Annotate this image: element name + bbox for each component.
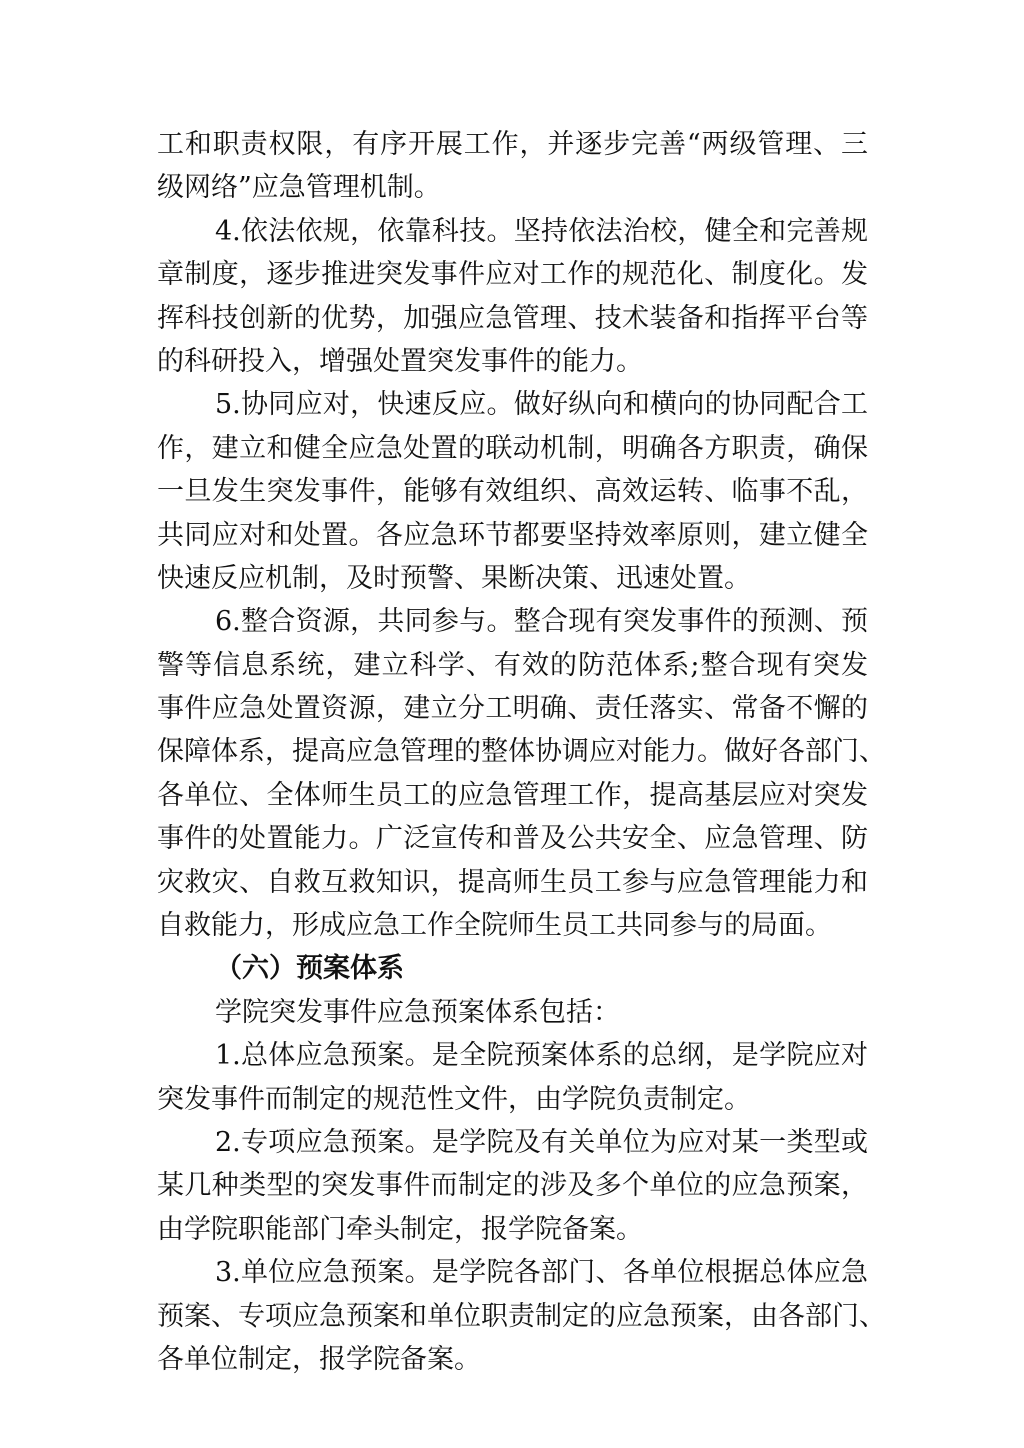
plan-item-unit: 3.单位应急预案。是学院各部门、各单位根据总体应急 预案、专项应急预案和单位职责… — [157, 1251, 868, 1381]
text-line: 事件应急处置资源，建立分工明确、责任落实、常备不懈的 — [157, 687, 868, 730]
text-line: 预案、专项应急预案和单位职责制定的应急预案，由各部门、 — [157, 1295, 868, 1338]
text-line: 各单位、全体师生员工的应急管理工作，提高基层应对突发 — [157, 774, 868, 817]
text-line: 4.依法依规，依靠科技。坚持依法治校，健全和完善规 — [157, 210, 868, 253]
text-line: 1.总体应急预案。是全院预案体系的总纲，是学院应对 — [157, 1034, 868, 1077]
text-line: 一旦发生突发事件，能够有效组织、高效运转、临事不乱， — [157, 470, 868, 513]
section-heading: （六）预案体系 — [157, 947, 868, 990]
paragraph-principle-4: 4.依法依规，依靠科技。坚持依法治校，健全和完善规 章制度，逐步推进突发事件应对… — [157, 210, 868, 384]
text-line: 5.协同应对，快速反应。做好纵向和横向的协同配合工 — [157, 383, 868, 426]
text-line: 3.单位应急预案。是学院各部门、各单位根据总体应急 — [157, 1251, 868, 1294]
text-line: 的科研投入，增强处置突发事件的能力。 — [157, 340, 868, 383]
document-page: 工和职责权限，有序开展工作，并逐步完善“两级管理、三 级网络”应急管理机制。 4… — [157, 123, 868, 1381]
paragraph-principle-6: 6.整合资源，共同参与。整合现有突发事件的预测、预 警等信息系统，建立科学、有效… — [157, 600, 868, 947]
text-line: 由学院职能部门牵头制定，报学院备案。 — [157, 1208, 868, 1251]
text-line: 快速反应机制，及时预警、果断决策、迅速处置。 — [157, 557, 868, 600]
text-line: 作，建立和健全应急处置的联动机制，明确各方职责，确保 — [157, 427, 868, 470]
text-line: 事件的处置能力。广泛宣传和普及公共安全、应急管理、防 — [157, 817, 868, 860]
text-line: 突发事件而制定的规范性文件，由学院负责制定。 — [157, 1078, 868, 1121]
section-intro: 学院突发事件应急预案体系包括： — [157, 991, 868, 1034]
paragraph-principle-5: 5.协同应对，快速反应。做好纵向和横向的协同配合工 作，建立和健全应急处置的联动… — [157, 383, 868, 600]
text-line: 警等信息系统，建立科学、有效的防范体系;整合现有突发 — [157, 644, 868, 687]
plan-item-overall: 1.总体应急预案。是全院预案体系的总纲，是学院应对 突发事件而制定的规范性文件，… — [157, 1034, 868, 1121]
text-line: 某几种类型的突发事件而制定的涉及多个单位的应急预案， — [157, 1164, 868, 1207]
text-line: 工和职责权限，有序开展工作，并逐步完善“两级管理、三 — [157, 123, 868, 166]
text-line: 各单位制定，报学院备案。 — [157, 1338, 868, 1381]
text-line: 挥科技创新的优势，加强应急管理、技术装备和指挥平台等 — [157, 297, 868, 340]
text-line: 灾救灾、自救互救知识，提高师生员工参与应急管理能力和 — [157, 861, 868, 904]
paragraph-continued: 工和职责权限，有序开展工作，并逐步完善“两级管理、三 级网络”应急管理机制。 — [157, 123, 868, 210]
text-line: 6.整合资源，共同参与。整合现有突发事件的预测、预 — [157, 600, 868, 643]
text-line: 章制度，逐步推进突发事件应对工作的规范化、制度化。发 — [157, 253, 868, 296]
text-line: 2.专项应急预案。是学院及有关单位为应对某一类型或 — [157, 1121, 868, 1164]
text-line: 共同应对和处置。各应急环节都要坚持效率原则，建立健全 — [157, 514, 868, 557]
text-line: 自救能力，形成应急工作全院师生员工共同参与的局面。 — [157, 904, 868, 947]
plan-item-special: 2.专项应急预案。是学院及有关单位为应对某一类型或 某几种类型的突发事件而制定的… — [157, 1121, 868, 1251]
text-line: 级网络”应急管理机制。 — [157, 166, 868, 209]
text-line: 保障体系，提高应急管理的整体协调应对能力。做好各部门、 — [157, 730, 868, 773]
